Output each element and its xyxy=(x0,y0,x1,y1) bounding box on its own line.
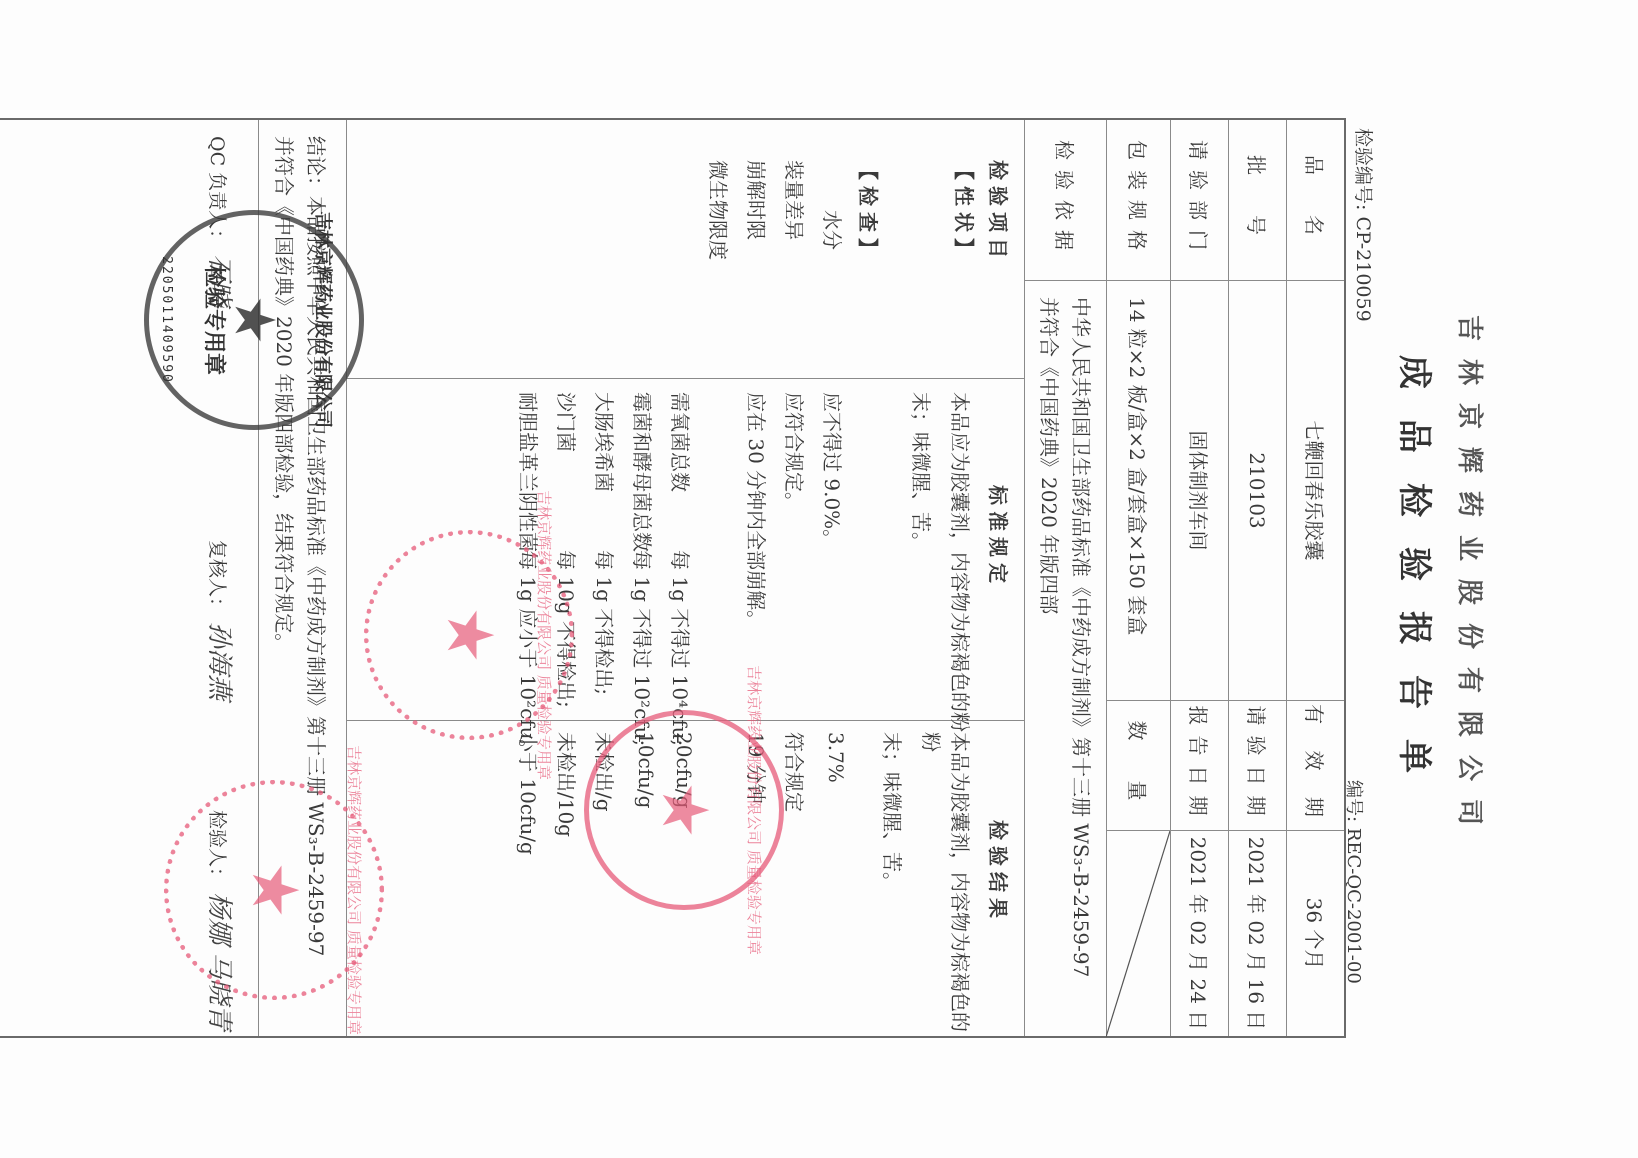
microbial-item: 霉菌和酵母菌总数 xyxy=(629,392,658,552)
label-batch: 批 号 xyxy=(1229,120,1286,280)
label-basis: 检验依据 xyxy=(1025,120,1106,280)
row-batch: 批 号 210103 请验日期 2021 年 02 月 16 日 xyxy=(1228,120,1286,1036)
check-standard: 应在 30 分钟内全部崩解。 xyxy=(743,392,772,630)
row-product: 品 名 七鞭回春乐胶囊 有 效 期 36 个月 xyxy=(1286,120,1344,1036)
label-report-date: 报告日期 xyxy=(1171,700,1228,830)
red-company-stamp-2: 吉林京辉药业股份有限公司 质量检验专用章 ★ xyxy=(364,530,574,740)
company-name: 吉林京辉药业股份有限公司 xyxy=(1453,0,1490,1158)
star-icon: ★ xyxy=(237,861,311,918)
section-character: 【性状】 xyxy=(951,160,980,264)
header-standard: 标准规定 xyxy=(985,485,1014,589)
section-check: 【检查】 xyxy=(855,160,884,264)
report-title: 成品检验报告单 xyxy=(1393,0,1442,1158)
row-department: 请验部门 固体制剂车间 报告日期 2021 年 02 月 24 日 xyxy=(1170,120,1228,1036)
red-company-stamp-1: 吉林京辉药业股份有限公司 质量检验专用章 ★ xyxy=(584,710,784,910)
check-item: 微生物限度 xyxy=(705,160,734,260)
inspection-number: 检验编号: CP-210059 xyxy=(1351,128,1378,322)
value-product-name: 七鞭回春乐胶囊 xyxy=(1287,280,1344,700)
label-request-dept: 请验部门 xyxy=(1171,120,1228,280)
star-icon: ★ xyxy=(432,606,506,663)
label-validity: 有 效 期 xyxy=(1287,700,1344,830)
check-result: 符合规定 xyxy=(781,732,810,812)
microbial-standard: 每 1g 不得检出; xyxy=(591,550,620,695)
value-request-dept: 固体制剂车间 xyxy=(1171,280,1228,700)
label-request-date: 请验日期 xyxy=(1229,700,1286,830)
value-basis: 中华人民共和国卫生部药品标准《中药成方制剂》第十三册 WS₃-B-2459-97… xyxy=(1025,280,1106,1036)
microbial-item: 需氧菌总数 xyxy=(667,392,696,492)
check-result: 3.7% xyxy=(824,732,848,783)
microbial-result: 未检出/10g xyxy=(553,732,582,837)
star-icon: ★ xyxy=(647,781,721,838)
row-package: 包装规格 14 粒×2 板/盒×2 盒/套盒×150 套盒 数 量 xyxy=(1106,120,1170,1036)
row-basis: 检验依据 中华人民共和国卫生部药品标准《中药成方制剂》第十三册 WS₃-B-24… xyxy=(1024,120,1106,1036)
value-report-date: 2021 年 02 月 24 日 xyxy=(1171,830,1228,1036)
value-quantity xyxy=(1107,830,1170,1036)
header-result: 检验结果 xyxy=(985,820,1014,924)
value-validity: 36 个月 xyxy=(1287,830,1344,1036)
inspection-report-page: 吉林京辉药业股份有限公司 成品检验报告单 检验编号: CP-210059 编号:… xyxy=(0,0,1638,1158)
check-standard: 应不得过 9.0%。 xyxy=(819,392,848,549)
microbial-item: 沙门菌 xyxy=(553,392,582,452)
value-batch: 210103 xyxy=(1229,280,1286,700)
qc-inspection-stamp: 吉林京辉药业股份有限公司 ★ 检验专用章 2205011409590 xyxy=(144,210,364,430)
label-package: 包装规格 xyxy=(1107,120,1170,280)
character-standard: 本品应为胶囊剂，内容物为棕褐色的粉 末；味微腥、苦。 xyxy=(908,392,976,732)
red-company-stamp-3: 吉林京辉药业股份有限公司 质量检验专用章 ★ xyxy=(164,780,384,1000)
reviewer-signature: 孙海燕 xyxy=(204,622,234,700)
slash-line xyxy=(1106,831,1170,1037)
check-item: 水分 xyxy=(819,210,848,250)
reviewer: 复核人： 孙海燕 xyxy=(203,540,240,700)
label-quantity: 数 量 xyxy=(1107,700,1170,830)
star-icon: ★ xyxy=(222,295,287,345)
report-table: 品 名 七鞭回春乐胶囊 有 效 期 36 个月 批 号 210103 请验日期 … xyxy=(0,118,1346,1038)
value-request-date: 2021 年 02 月 16 日 xyxy=(1229,830,1286,1036)
character-result: 本品为胶囊剂，内容物为棕褐色的粉 末；味微腥、苦。 xyxy=(879,732,976,1036)
divider-item-standard xyxy=(347,378,1024,379)
check-item: 装量差异 xyxy=(781,160,810,240)
value-package: 14 粒×2 板/盒×2 盒/套盒×150 套盒 xyxy=(1107,280,1170,700)
label-product-name: 品 名 xyxy=(1287,120,1344,280)
check-standard: 应符合规定。 xyxy=(781,392,810,512)
header-item: 检验项目 xyxy=(985,160,1014,264)
check-item: 崩解时限 xyxy=(743,160,772,240)
microbial-item: 大肠埃希菌 xyxy=(591,392,620,492)
